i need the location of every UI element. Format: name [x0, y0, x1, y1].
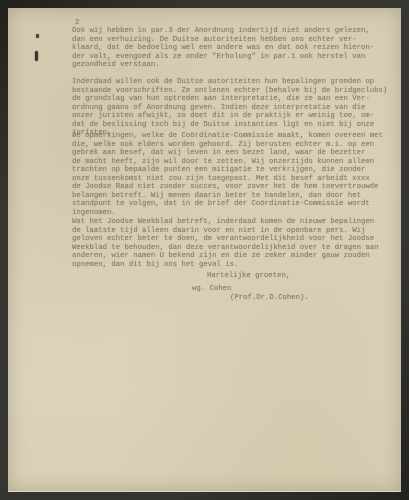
letter-paragraph-3: De opmerkingen, welke de Coördinatie-Com… [72, 132, 383, 217]
letter-paragraph-1: Ook wij hebben in par.3 der Anordnung in… [72, 27, 374, 70]
margin-mark-line [35, 51, 38, 61]
document-page: 2 Ook wij hebben in par.3 der Anordnung … [8, 8, 401, 492]
margin-mark-dot [36, 34, 39, 38]
signature-name: (Prof.Dr.D.Cohen). [230, 294, 309, 303]
closing-salutation: Hartelijke groeten, [207, 272, 290, 281]
scanner-background: 2 Ook wij hebben in par.3 der Anordnung … [0, 0, 409, 500]
signature-abbreviation: wg. Cohen [192, 285, 231, 294]
letter-paragraph-4: Wat het Joodse Weekblad betreft, inderda… [72, 218, 379, 269]
letter-paragraph-2: Inderdaad willen ook de Duitse autoritei… [72, 78, 387, 138]
